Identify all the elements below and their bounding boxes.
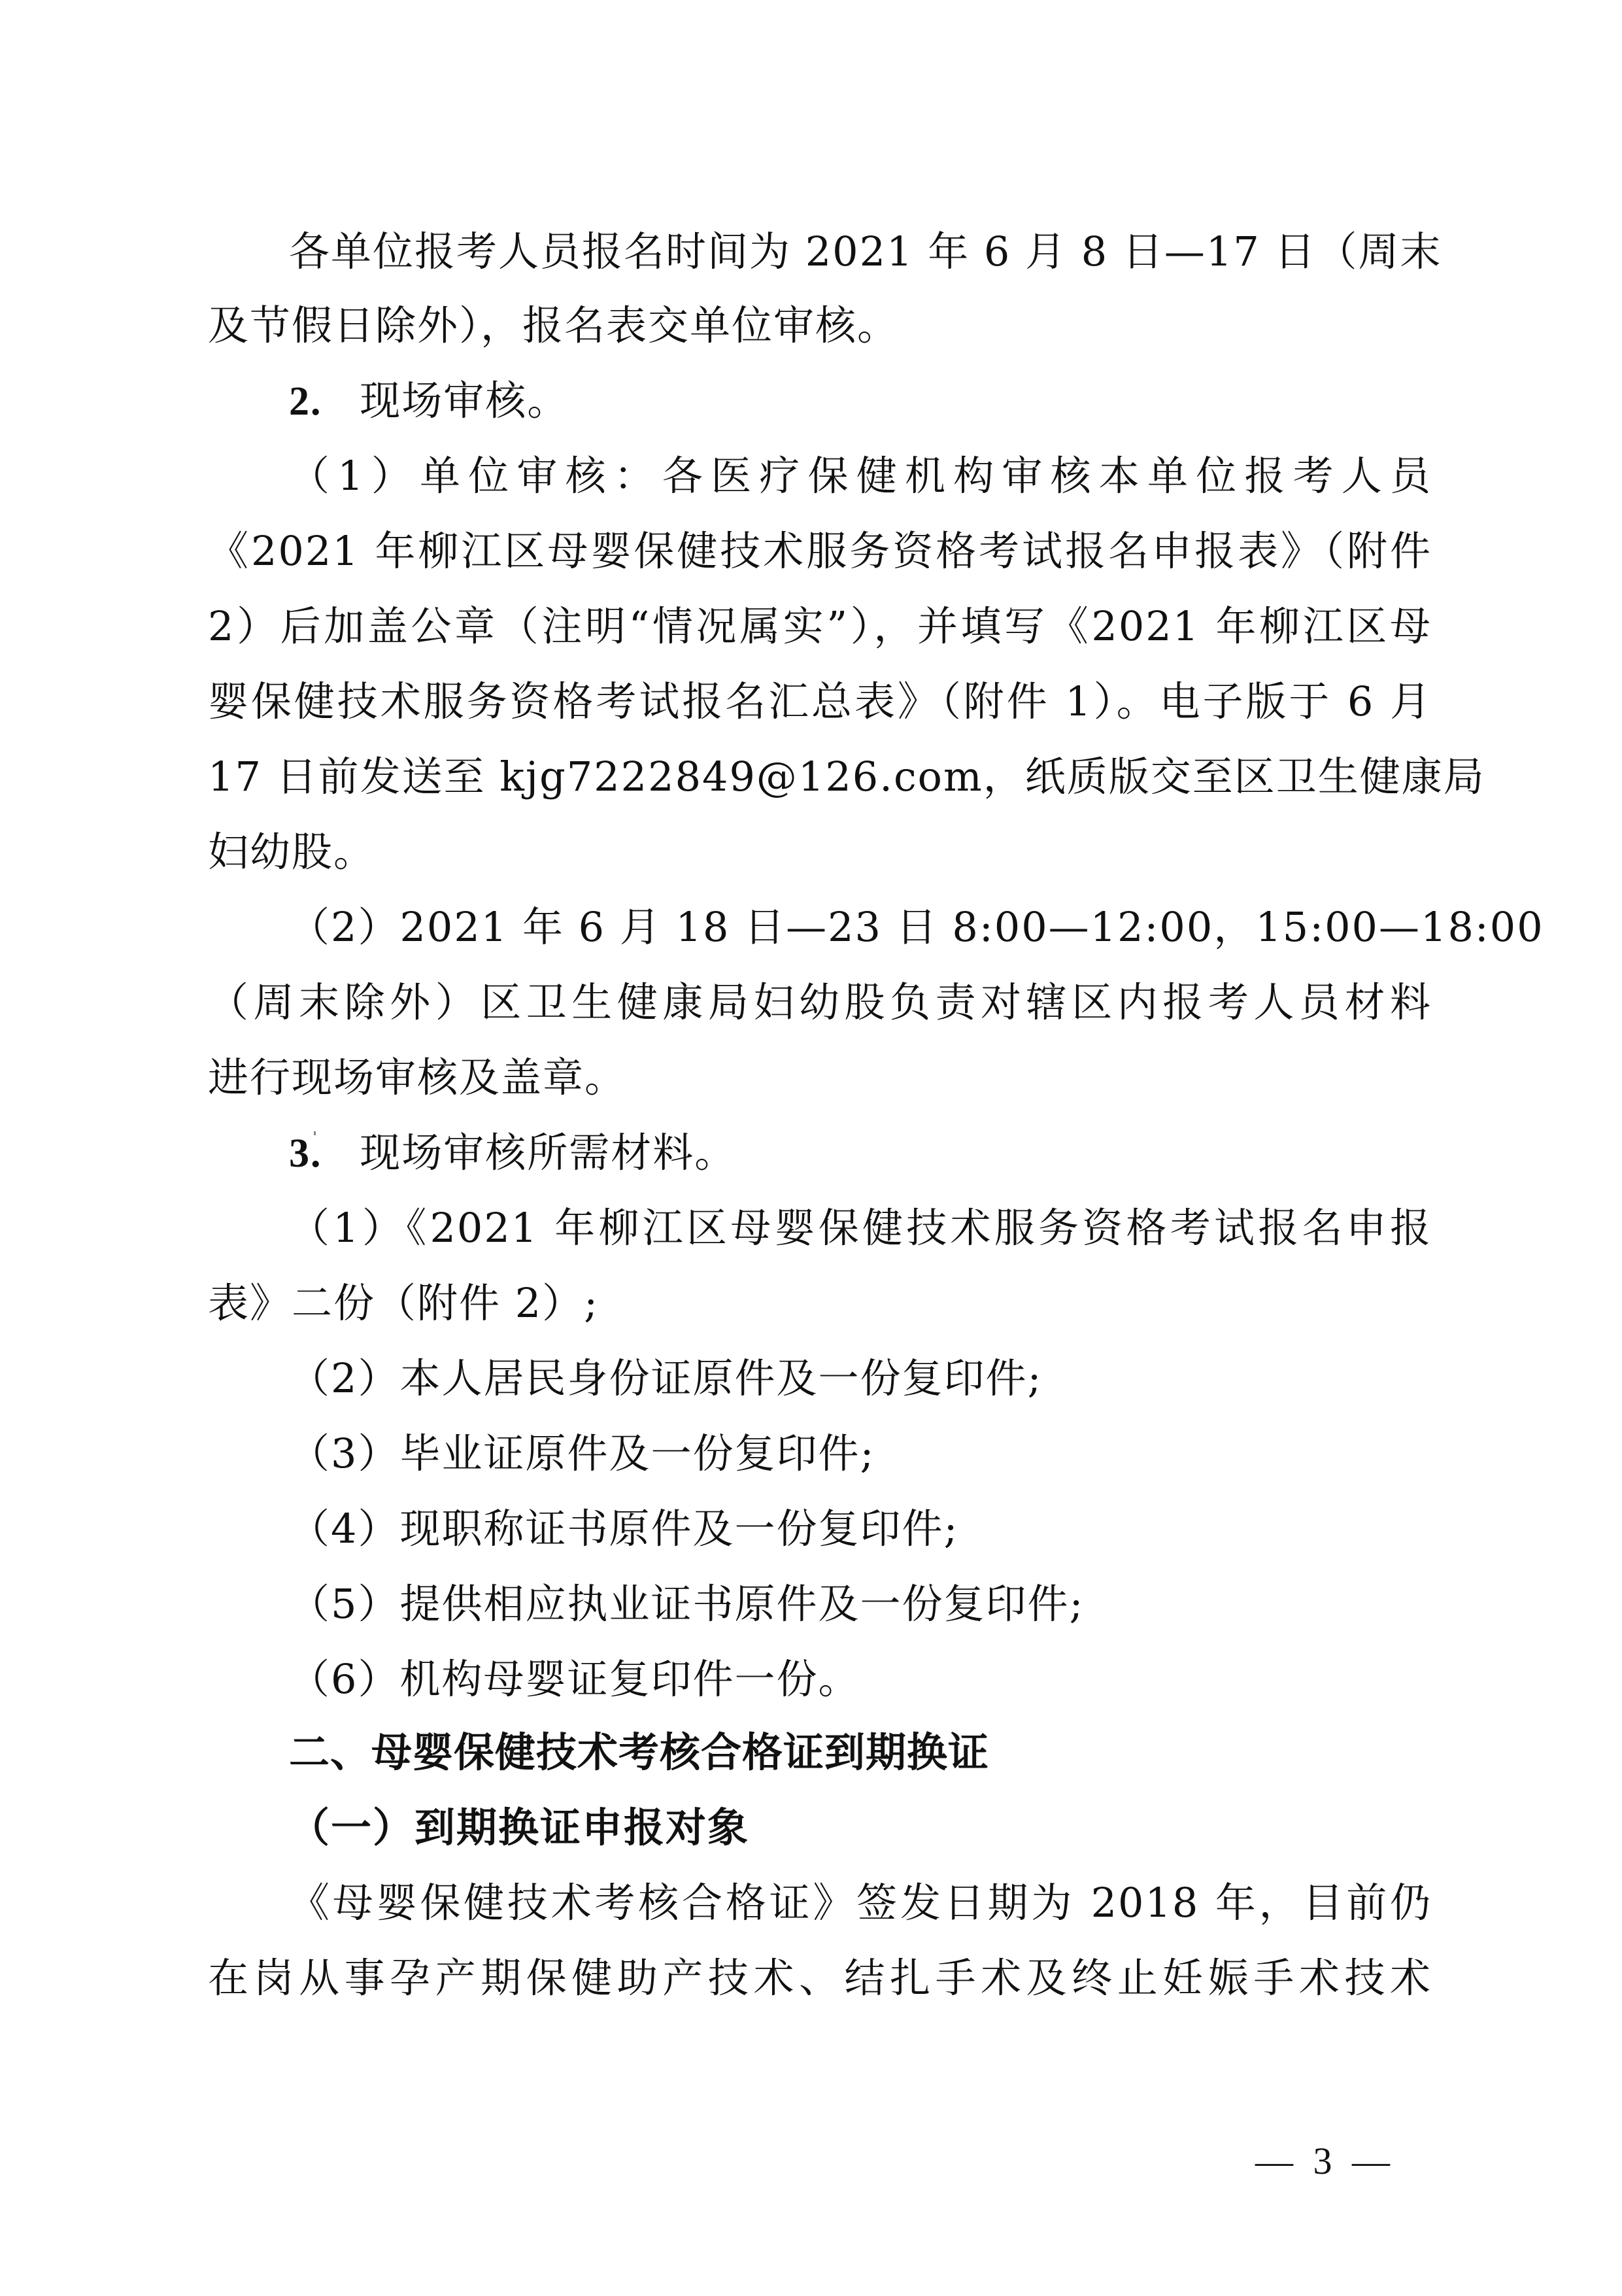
material-item-3: （3）毕业证原件及一份复印件; <box>289 1417 1432 1490</box>
paragraph-onsite-schedule-line-1: （2）2021 年 6 月 18 日—23 日 8:00—12:00，15:00… <box>289 891 1432 964</box>
paragraph-renewal-applicants-line-1: 《母婴保健技术考核合格证》签发日期为 2018 年，目前仍 <box>289 1866 1432 1940</box>
material-item-1-line-2: 表》二份（附件 2）; <box>208 1267 599 1340</box>
section-heading-onsite-review: 2. 现场审核。 <box>289 364 1432 437</box>
section-heading-required-materials: 3. 现场审核所需材料。 <box>289 1116 1432 1190</box>
material-item-1-line-1: （1）《2021 年柳江区母婴保健技术服务资格考试报名申报 <box>289 1191 1432 1265</box>
chapter-heading-certificate-renewal: 二、母婴保健技术考核合格证到期换证 <box>289 1716 1432 1789</box>
paragraph-registration-time-line-1: 各单位报考人员报名时间为 2021 年 6 月 8 日—17 日（周末 <box>289 215 1432 288</box>
paragraph-unit-review-line-2: 《2021 年柳江区母婴保健技术服务资格考试报名申报表》（附件 <box>208 515 1432 588</box>
paragraph-onsite-schedule-line-3: 进行现场审核及盖章。 <box>208 1041 626 1114</box>
paragraph-renewal-applicants-line-2: 在岗从事孕产期保健助产技术、结扎手术及终止妊娠手术技术 <box>208 1942 1432 2015</box>
subsection-heading-renewal-applicants: （一）到期换证申报对象 <box>289 1791 1432 1864</box>
paragraph-registration-time-line-2: 及节假日除外），报名表交单位审核。 <box>208 289 899 362</box>
material-item-6: （6）机构母婴证复印件一份。 <box>289 1643 1432 1716</box>
paragraph-unit-review-line-3: 2）后加盖公章（注明“情况属实”），并填写《2021 年柳江区母 <box>208 590 1432 663</box>
paragraph-unit-review-line-4: 婴保健技术服务资格考试报名汇总表》（附件 1）。电子版于 6 月 <box>208 665 1432 738</box>
paragraph-onsite-schedule-line-2: （周末除外）区卫生健康局妇幼股负责对辖区内报考人员材料 <box>208 966 1432 1039</box>
document-page: 各单位报考人员报名时间为 2021 年 6 月 8 日—17 日（周末 及节假日… <box>0 0 1622 2296</box>
paragraph-unit-review-line-5: 17 日前发送至 kjg7222849@126.com，纸质版交至区卫生健康局 <box>208 740 1432 814</box>
section-title: 现场审核所需材料。 <box>360 1129 736 1176</box>
page-number: — 3 — <box>1255 2138 1395 2184</box>
section-number: 2. <box>289 379 322 424</box>
section-title: 现场审核。 <box>360 377 569 424</box>
paragraph-unit-review-line-6: 妇幼股。 <box>208 815 375 889</box>
material-item-2: （2）本人居民身份证原件及一份复印件; <box>289 1342 1432 1415</box>
section-number: 3. <box>289 1131 322 1176</box>
material-item-4: （4）现职称证书原件及一份复印件; <box>289 1492 1432 1566</box>
paragraph-unit-review-line-1: （1）单位审核：各医疗保健机构审核本单位报考人员 <box>289 439 1432 513</box>
material-item-5: （5）提供相应执业证书原件及一份复印件; <box>289 1568 1432 1641</box>
